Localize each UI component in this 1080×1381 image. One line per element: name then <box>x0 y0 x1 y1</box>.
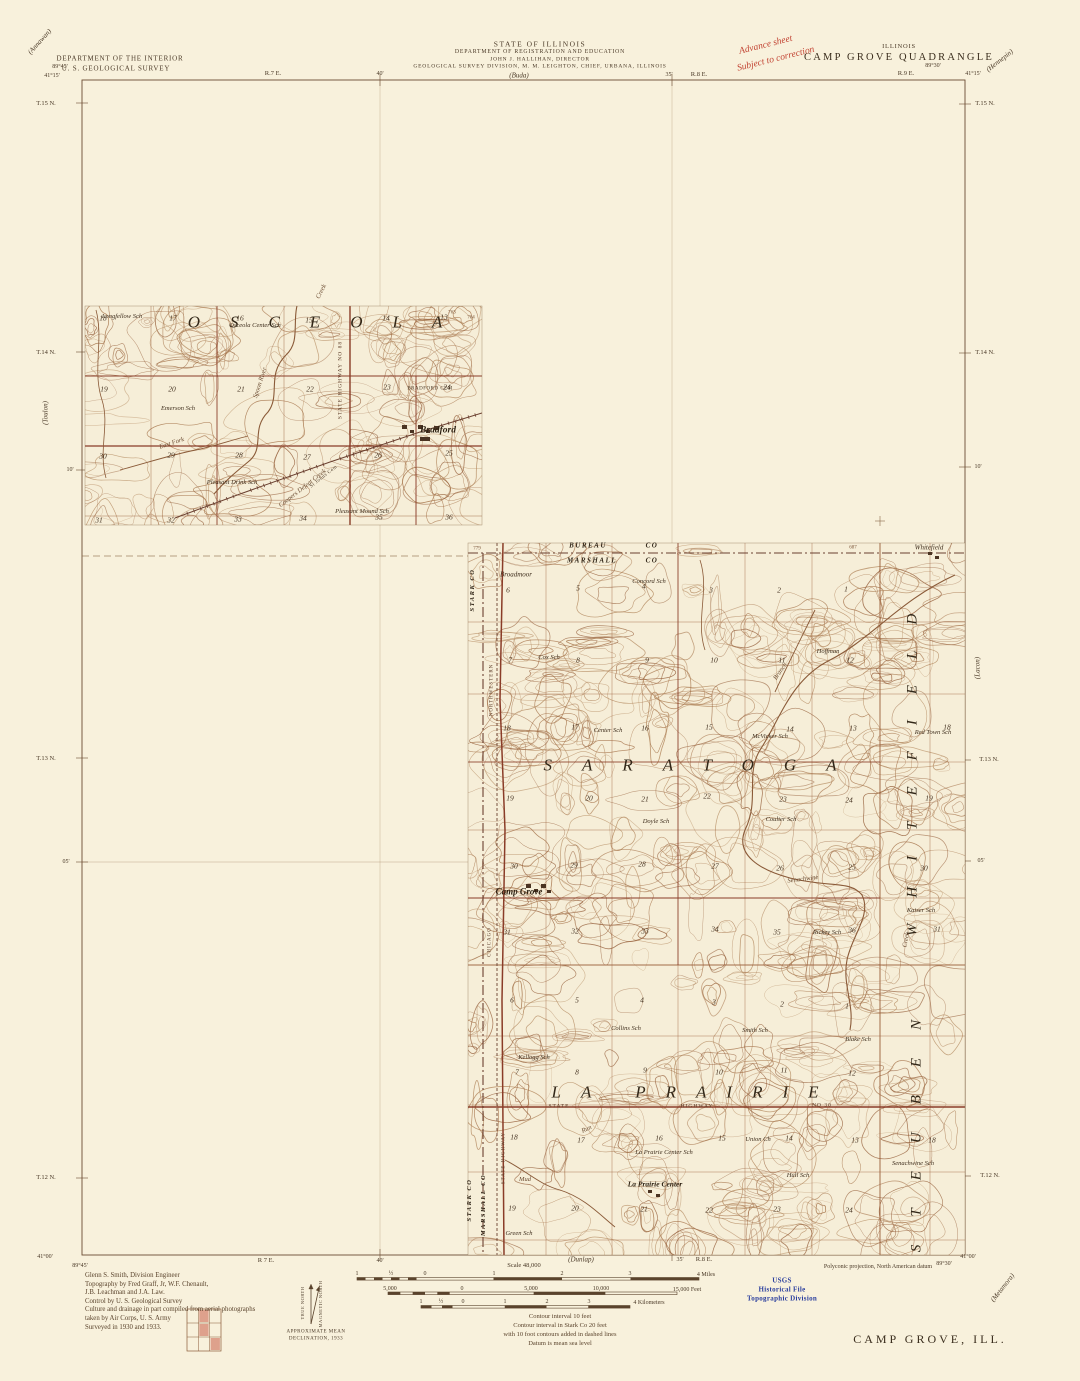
section-number: 19 <box>925 794 933 802</box>
coordinate-label: R.9 E. <box>898 71 914 78</box>
coordinate-label: 41°00' <box>37 1254 52 1260</box>
coordinate-label: T.13 N. <box>36 756 56 763</box>
section-number: 18 <box>943 723 951 731</box>
coordinate-label: 40' <box>376 71 383 77</box>
section-number: 21 <box>641 795 649 803</box>
school-label: Doyle Sch <box>643 819 670 826</box>
section-number: 31 <box>95 516 103 524</box>
contour-note: Datum is mean sea level <box>528 1341 592 1348</box>
section-number: 16 <box>641 724 649 732</box>
road-label: STATE HIGHWAY <box>502 1132 507 1184</box>
coordinate-label: T.13 N. <box>979 757 999 764</box>
section-number: 33 <box>641 927 649 935</box>
scale-label: ½ <box>389 1271 394 1277</box>
town-label: Camp Grove <box>496 888 543 897</box>
scale-label: 2 <box>546 1299 549 1305</box>
stream-label: Branch <box>773 662 789 681</box>
school-label: Concord Sch <box>632 579 666 586</box>
section-number: 18 <box>510 1133 518 1141</box>
contour-note: Contour interval in Stark Co 20 feet <box>513 1323 607 1330</box>
township-label: WHITEFIELD <box>906 588 921 936</box>
section-number: 24 <box>845 1206 853 1214</box>
section-number: 30 <box>99 452 107 460</box>
stream-label: Mud <box>519 1177 531 1184</box>
school-label: La Prairie Center Sch <box>635 1150 693 1157</box>
township-label: STEUBEN <box>910 992 925 1252</box>
section-number: 2 <box>777 586 781 594</box>
usgs-stamp: Topographic Division <box>747 1296 817 1303</box>
township-label: SARATOGA <box>543 757 866 774</box>
section-number: 22 <box>306 385 314 393</box>
declination-label: MAGNETIC NORTH <box>319 1280 324 1327</box>
section-number: 22 <box>703 792 711 800</box>
section-number: 19 <box>100 385 108 393</box>
section-number: 29 <box>570 861 578 869</box>
coordinate-label: R.8 E. <box>691 72 707 79</box>
coordinate-label: Polyconic projection, North American dat… <box>824 1264 932 1270</box>
section-number: 18 <box>503 724 511 732</box>
county-label: STARK CO <box>467 1179 474 1222</box>
school-label: Kaiser Sch <box>907 908 935 915</box>
section-number: 17 <box>571 723 579 731</box>
scale-label: 3 <box>588 1299 591 1305</box>
stream-label: East Fork <box>159 437 186 451</box>
county-label: CO <box>646 558 659 565</box>
declination-label: DECLINATION, 1933 <box>289 1337 343 1342</box>
school-label: Center Sch <box>594 728 623 735</box>
section-number: 14 <box>785 1134 793 1142</box>
section-number: 12 <box>846 656 854 664</box>
section-number: 33 <box>234 515 242 523</box>
section-number: 27 <box>711 862 719 870</box>
section-number: 1 <box>845 1002 849 1010</box>
school-label: Emerson Sch <box>161 406 195 413</box>
scale-label: 4 Miles <box>697 1272 715 1278</box>
road-label: STATE HIGHWAY NO 88 <box>338 341 344 419</box>
school-label: Broadmoor <box>500 572 532 579</box>
stream-label: Creek <box>316 284 329 301</box>
school-label: Whitefield <box>915 545 944 552</box>
county-label: MARSHALL CO <box>481 1174 488 1236</box>
coordinate-label: 89°30' <box>925 63 940 69</box>
section-number: 31 <box>503 928 511 936</box>
coordinate-label: 40' <box>376 1258 383 1264</box>
elevation-label: 763 <box>448 311 456 316</box>
section-number: 17 <box>577 1136 585 1144</box>
coordinate-label: R.7 E. <box>265 71 281 78</box>
section-number: 27 <box>303 453 311 461</box>
scale-label: 10,000 <box>593 1286 610 1292</box>
section-number: 26 <box>776 864 784 872</box>
section-number: 20 <box>168 385 176 393</box>
section-number: 34 <box>299 514 307 522</box>
coordinate-label: 89°30' <box>936 1261 951 1267</box>
section-number: 20 <box>571 1204 579 1212</box>
section-number: 7 <box>515 1068 519 1076</box>
coordinate-label: 10' <box>974 464 981 470</box>
school-label: Osceola Center Sch <box>229 323 281 330</box>
margin-label: (Hennepin) <box>985 48 1014 73</box>
coordinate-label: T.14 N. <box>975 350 995 357</box>
road-label: NORTHWESTERN <box>490 664 495 717</box>
map-sheet: DEPARTMENT OF THE INTERIOR U. S. GEOLOGI… <box>0 0 1080 1381</box>
scale-label: 4 Kilometers <box>633 1300 664 1306</box>
coordinate-label: T.15 N. <box>975 101 995 108</box>
section-number: 30 <box>510 862 518 870</box>
section-number: 29 <box>167 451 175 459</box>
section-number: 9 <box>645 656 649 664</box>
road-label: NO 30 <box>812 1103 832 1109</box>
coordinate-label: 89°45' <box>52 64 67 70</box>
elevation-label: 764 <box>467 316 475 321</box>
section-number: 15 <box>705 723 713 731</box>
declination-label: TRUE NORTH <box>301 1286 306 1319</box>
school-label: Smith Sch <box>742 1028 768 1035</box>
section-number: 18 <box>928 1136 936 1144</box>
section-number: 10 <box>710 656 718 664</box>
section-number: 31 <box>933 925 941 933</box>
section-number: 15 <box>718 1134 726 1142</box>
coordinate-label: T.12 N. <box>36 1175 56 1182</box>
elevation-label: 779 <box>473 547 481 552</box>
section-number: 28 <box>235 451 243 459</box>
scale-label: 3 <box>629 1271 632 1277</box>
coordinate-label: T.12 N. <box>980 1173 1000 1180</box>
county-label: STARK CO <box>470 569 477 612</box>
town-label: La Prairie Center <box>628 1180 683 1188</box>
section-number: 21 <box>640 1205 648 1213</box>
section-number: 25 <box>445 449 453 457</box>
section-number: 4 <box>642 582 646 590</box>
declination-label: APPROXIMATE MEAN <box>287 1330 346 1335</box>
section-number: 28 <box>638 860 646 868</box>
road-label: CHICAGO <box>488 927 493 957</box>
section-number: 20 <box>585 794 593 802</box>
margin-label: (Toulon) <box>43 401 50 425</box>
coordinate-label: R.8 E. <box>696 1257 712 1264</box>
section-number: 25 <box>848 863 856 871</box>
section-number: 32 <box>167 516 175 524</box>
scale-label: 1 <box>493 1271 496 1277</box>
section-number: 8 <box>576 656 580 664</box>
section-number: 8 <box>575 1068 579 1076</box>
section-number: 36 <box>848 926 856 934</box>
coordinate-label: 41°15' <box>44 73 59 79</box>
coordinate-label: T.15 N. <box>36 101 56 108</box>
stream-label: Spoon River <box>253 367 269 399</box>
school-label: Rickey Sch <box>813 930 841 937</box>
school-label: Coulter Sch <box>766 817 797 824</box>
margin-label: (Dunlap) <box>568 1257 594 1264</box>
section-number: 35 <box>375 513 383 521</box>
coordinate-label: 35' <box>676 1257 683 1263</box>
section-number: 14 <box>786 725 794 733</box>
school-label: Kellogg Sch <box>518 1055 550 1062</box>
coordinate-label: 35' <box>665 72 672 78</box>
section-number: 34 <box>711 925 719 933</box>
section-number: 13 <box>440 313 448 321</box>
school-label: Hoffman <box>817 649 840 656</box>
section-number: 6 <box>506 586 510 594</box>
town-label: Bradford <box>420 426 456 436</box>
section-number: 2 <box>780 1000 784 1008</box>
section-number: 11 <box>779 656 786 664</box>
school-label: Hull Sch <box>787 1173 810 1180</box>
scale-label: ½ <box>439 1299 444 1305</box>
scale-label: 15,000 Feet <box>673 1287 701 1293</box>
section-number: 35 <box>773 928 781 936</box>
section-number: 4 <box>640 996 644 1004</box>
coordinate-label: 05' <box>977 858 984 864</box>
county-label: MARSHALL <box>567 558 617 565</box>
scale-label: Scale 48,000 <box>507 1263 541 1270</box>
coordinate-label: T.14 N. <box>36 350 56 357</box>
road-label: STATE <box>548 1104 569 1110</box>
section-number: 36 <box>445 513 453 521</box>
section-number: 10 <box>715 1068 723 1076</box>
section-number: 1 <box>844 585 848 593</box>
school-label: Union Ch <box>745 1137 770 1144</box>
scale-label: 1 <box>420 1299 423 1305</box>
section-number: 24 <box>443 383 451 391</box>
section-number: 9 <box>643 1066 647 1074</box>
section-number: 15 <box>305 316 313 324</box>
contour-note: Contour interval 10 feet <box>529 1314 591 1321</box>
section-number: 23 <box>383 383 391 391</box>
scale-label: 0 <box>461 1286 464 1292</box>
section-number: 16 <box>236 314 244 322</box>
section-number: 6 <box>510 996 514 1004</box>
coordinate-label: 89°45' <box>72 1263 87 1269</box>
section-number: 19 <box>508 1204 516 1212</box>
stream-label: Run <box>581 1125 593 1135</box>
stream-label: Senachwine <box>787 875 819 885</box>
school-label: McVicker Sch <box>752 734 788 741</box>
scale-label: 1 <box>356 1271 359 1277</box>
section-number: 7 <box>508 656 512 664</box>
scale-label: 1 <box>504 1299 507 1305</box>
section-number: 21 <box>237 385 245 393</box>
section-number: 13 <box>849 724 857 732</box>
section-number: 30 <box>920 864 928 872</box>
section-number: 22 <box>705 1206 713 1214</box>
township-label: LA PRAIRIE <box>551 1084 838 1101</box>
stream-label: Creek <box>902 932 911 948</box>
section-number: 14 <box>382 314 390 322</box>
scale-label: 5,000 <box>383 1286 397 1292</box>
school-label: Senachwine Sch <box>892 1161 934 1168</box>
section-number: 32 <box>571 927 579 935</box>
school-label: Collins Sch <box>611 1026 641 1033</box>
section-number: 3 <box>709 586 713 594</box>
section-number: 5 <box>576 584 580 592</box>
school-label: Blake Sch <box>845 1037 871 1044</box>
section-number: 19 <box>506 794 514 802</box>
section-number: 3 <box>712 998 716 1006</box>
school-label: Pleasant Drink Sch <box>207 480 258 487</box>
school-label: Green Sch <box>505 1231 532 1238</box>
coordinate-label: R 7 E. <box>258 1258 274 1265</box>
scale-label: 5,000 <box>524 1286 538 1292</box>
school-label: Longfellow Sch <box>102 314 142 321</box>
usgs-stamp: Historical File <box>758 1287 805 1294</box>
section-number: 23 <box>773 1205 781 1213</box>
section-number: 24 <box>845 796 853 804</box>
contour-note: with 10 foot contours added in dashed li… <box>503 1332 616 1339</box>
margin-label: (Metamora) <box>990 1273 1016 1304</box>
margin-label: (Lacon) <box>975 657 982 679</box>
section-number: 13 <box>851 1136 859 1144</box>
scale-label: 0 <box>462 1299 465 1305</box>
margin-label: (Annawan) <box>27 28 53 56</box>
coordinate-label: 10' <box>66 467 73 473</box>
scale-label: 0 <box>424 1271 427 1277</box>
section-number: 11 <box>781 1066 788 1074</box>
elevation-label: 687 <box>849 546 857 551</box>
section-number: 23 <box>779 795 787 803</box>
scale-label: 2 <box>561 1271 564 1277</box>
county-label: CO <box>646 543 659 550</box>
margin-label: (Buda) <box>509 73 528 80</box>
section-number: 16 <box>655 1134 663 1142</box>
usgs-stamp: USGS <box>772 1278 792 1285</box>
county-label: BUREAU <box>569 543 607 550</box>
label-layer: (Annawan)89°45'41°15'(Buda)R.7 E.40'35'R… <box>0 0 1080 1381</box>
section-number: 17 <box>169 314 177 322</box>
section-number: 26 <box>374 451 382 459</box>
section-number: 12 <box>848 1069 856 1077</box>
stream-label: Coopers Defeat Creek <box>278 469 328 510</box>
coordinate-label: 05' <box>62 859 69 865</box>
coordinate-label: 41°00' <box>960 1254 975 1260</box>
section-number: 5 <box>575 996 579 1004</box>
school-label: Cox Sch <box>538 655 559 662</box>
section-number: 18 <box>99 314 107 322</box>
coordinate-label: 41°15' <box>965 71 980 77</box>
road-label: HIGHWAY <box>681 1104 714 1110</box>
